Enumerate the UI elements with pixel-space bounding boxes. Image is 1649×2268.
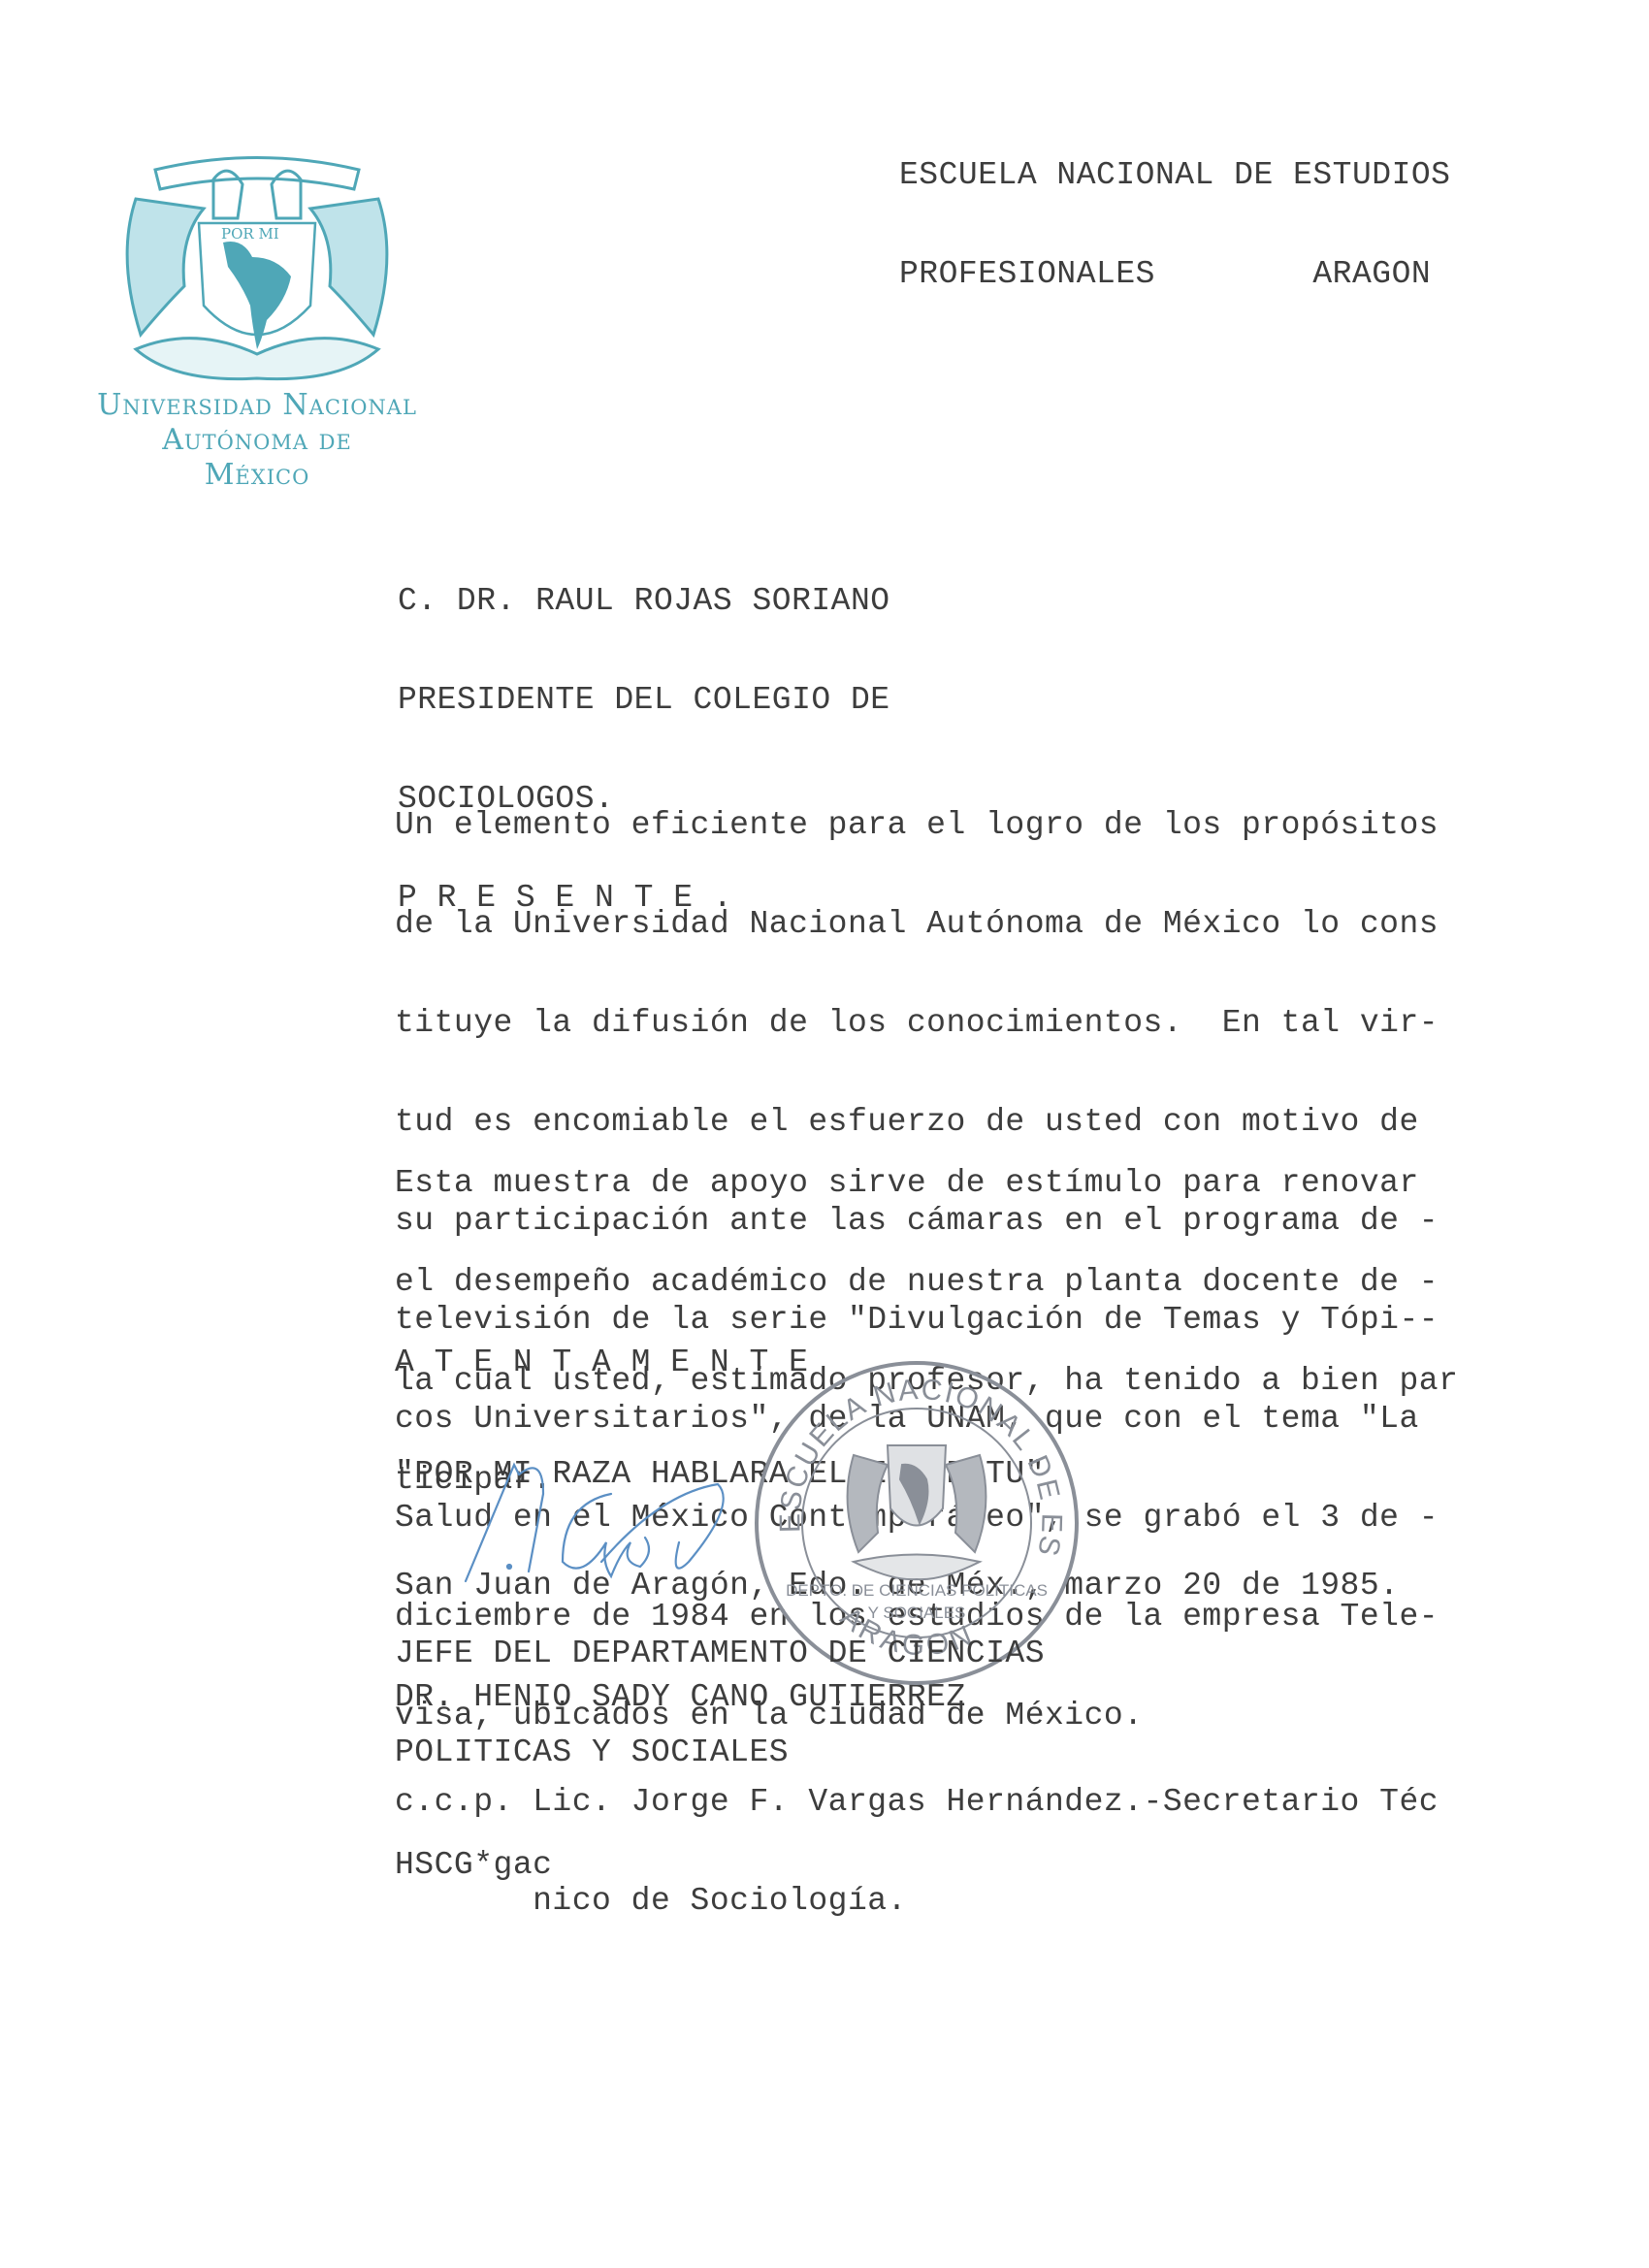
cc-line: c.c.p. Lic. Jorge F. Vargas Hernández.-S… [395,1786,1439,1819]
body-line: de la Universidad Nacional Autónoma de M… [395,908,1439,941]
institution-line-1: ESCUELA NACIONAL DE ESTUDIOS [899,159,1451,192]
carbon-copy: c.c.p. Lic. Jorge F. Vargas Hernández.-S… [395,1720,1439,1951]
institution-header: ESCUELA NACIONAL DE ESTUDIOS PROFESIONAL… [899,93,1451,324]
svg-text:POR MI: POR MI [221,225,279,243]
signer-title-line: JEFE DEL DEPARTAMENTO DE CIENCIAS [395,1637,1045,1670]
recipient-line: PRESIDENTE DEL COLEGIO DE [398,684,890,717]
university-name-line-2: Autónoma de [92,423,422,458]
reference-initials: HSCG*gac [395,1849,552,1882]
body-line: Esta muestra de apoyo sirve de estímulo … [395,1167,1458,1200]
university-name-line-1: Universidad Nacional [92,388,422,423]
body-line: tituye la difusión de los conocimientos.… [395,1007,1439,1040]
cc-line: nico de Sociología. [395,1885,1439,1918]
handwritten-signature [446,1455,795,1591]
institution-line-2: PROFESIONALES ARAGON [899,258,1451,291]
university-name: Universidad Nacional Autónoma de México [92,388,422,493]
body-line: Un elemento eficiente para el logro de l… [395,809,1439,842]
recipient-line: C. DR. RAUL ROJAS SORIANO [398,585,890,618]
university-name-line-3: México [92,458,422,493]
